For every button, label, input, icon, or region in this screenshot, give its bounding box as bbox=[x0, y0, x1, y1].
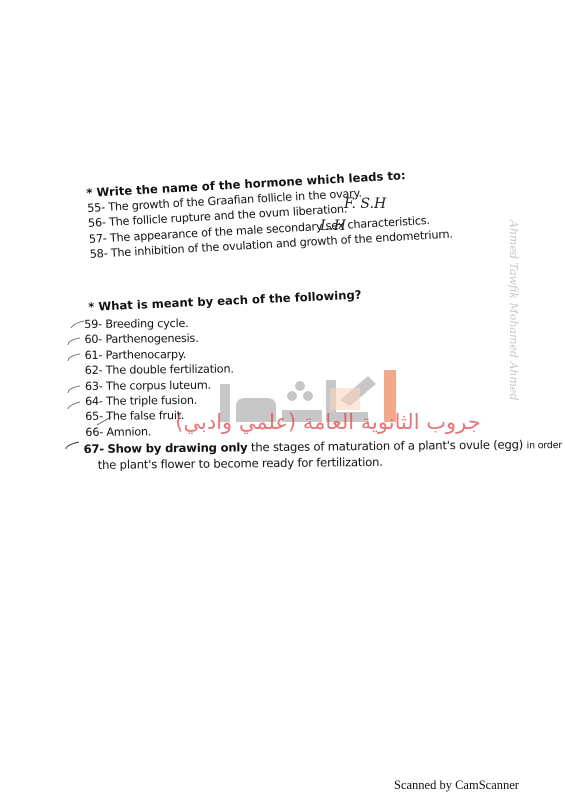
check-mark-icon bbox=[66, 384, 82, 394]
check-mark-icon bbox=[96, 416, 112, 426]
scanned-page: * Write the name of the hormone which le… bbox=[0, 0, 565, 800]
check-mark-icon bbox=[66, 352, 82, 362]
question-67-text: the stages of maturation of a plant's ov… bbox=[251, 438, 523, 455]
handwritten-answer-55: F. S.H bbox=[344, 196, 386, 212]
check-mark-icon bbox=[66, 400, 82, 410]
question-67-number: 67- bbox=[83, 442, 104, 456]
handwritten-answer-56: L.H bbox=[320, 218, 346, 234]
question-67-tail: in order fo bbox=[527, 440, 565, 451]
section-heading: * What is meant by each of the following… bbox=[88, 278, 564, 315]
check-mark-icon bbox=[64, 440, 80, 450]
check-mark-icon bbox=[70, 320, 86, 330]
question-67-bold: Show by drawing only bbox=[107, 441, 247, 456]
watermark-text: جروب الثانوية العامة (علمي وادبي) bbox=[148, 410, 508, 434]
side-handwriting: Ahmed Tawfik Mohamed Ahmed bbox=[507, 220, 520, 400]
check-mark-icon bbox=[66, 336, 82, 346]
hormone-section: * Write the name of the hormone which le… bbox=[86, 160, 560, 263]
scanner-footer: Scanned by CamScanner bbox=[394, 778, 519, 793]
